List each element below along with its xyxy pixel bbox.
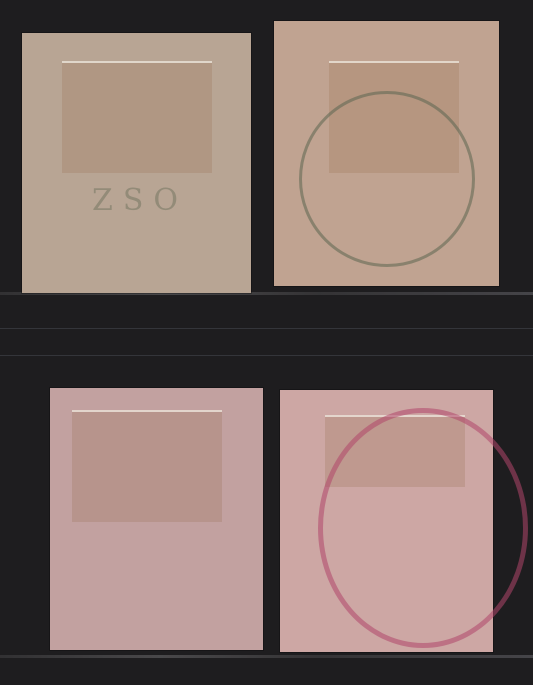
strip-edge [0, 655, 533, 658]
hinge-remnant [62, 61, 212, 173]
postmark-text: ZSO [92, 183, 188, 218]
hinge-remnant [72, 410, 222, 522]
strip-rule [0, 328, 533, 329]
stamp-bottom-left [50, 388, 263, 650]
stamp-top-right [274, 21, 499, 286]
strip-rule [0, 355, 533, 356]
stock-page: ZSO [0, 0, 533, 685]
postmark-circle [318, 408, 528, 648]
stamp-bottom-right [280, 390, 493, 652]
postmark-circle [299, 91, 475, 267]
stamp-top-left: ZSO [22, 33, 251, 293]
